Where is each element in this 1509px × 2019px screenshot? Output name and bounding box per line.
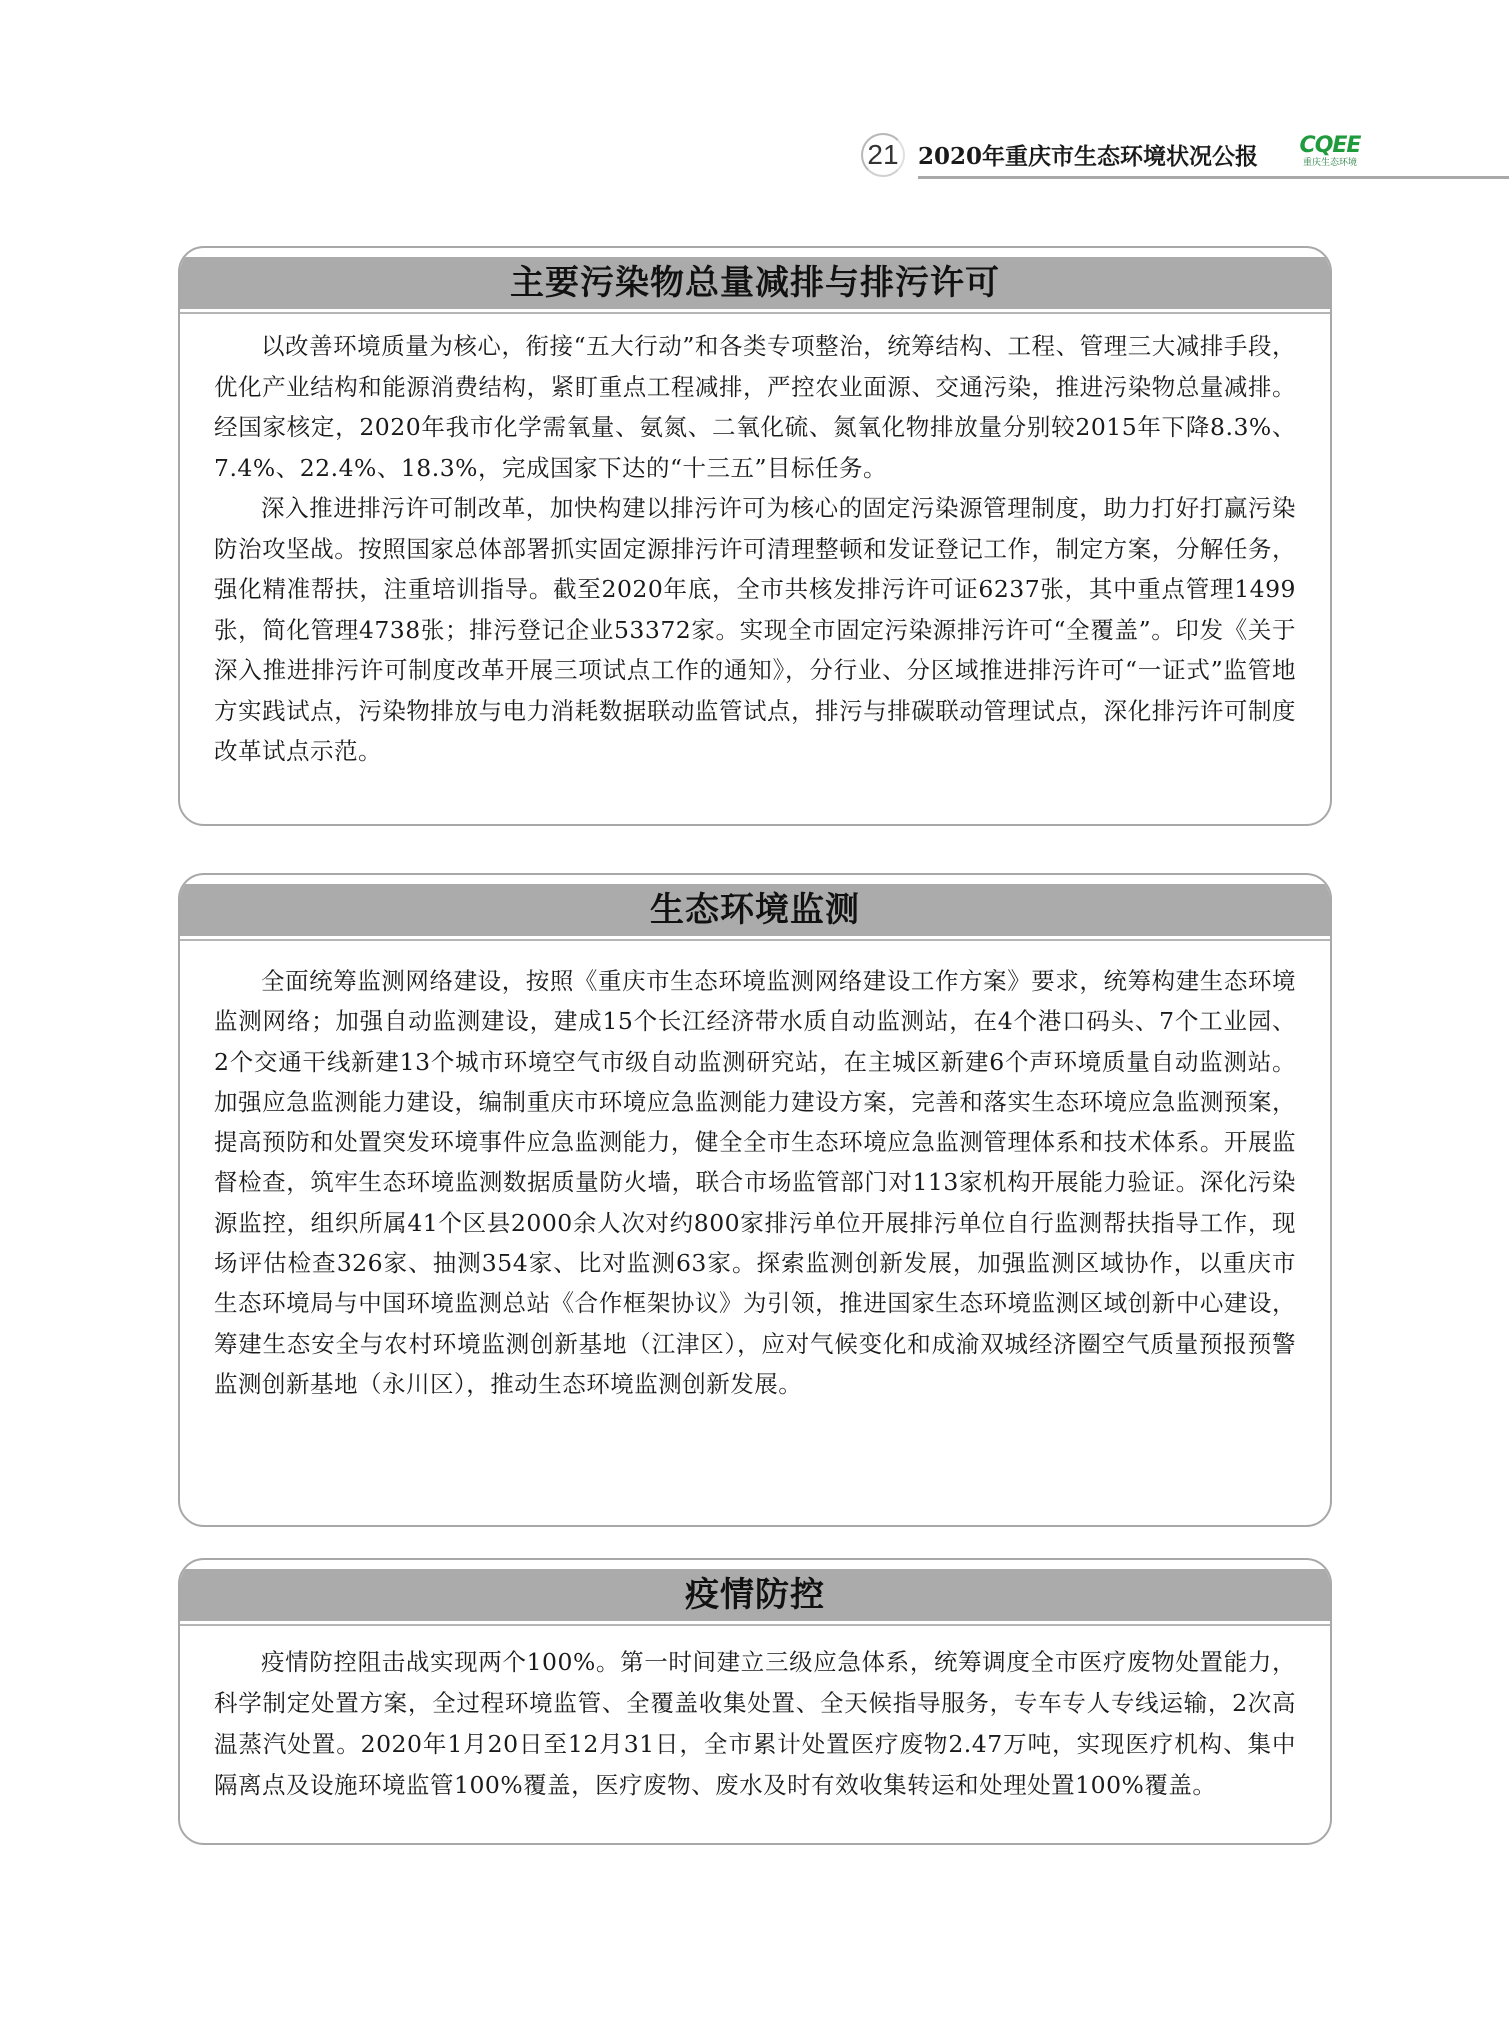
section-epidemic-control: 疫情防控 疫情防控阻击战实现两个100%。第一时间建立三级应急体系，统筹调度全市…	[178, 1558, 1332, 1845]
page-number: 21	[861, 133, 905, 177]
section-header: 疫情防控	[180, 1569, 1330, 1624]
page-header: 21 2020年重庆市生态环境状况公报 CQEE 重庆生态环境	[0, 0, 1509, 190]
section-eco-monitoring: 生态环境监测 全面统筹监测网络建设，按照《重庆市生态环境监测网络建设工作方案》要…	[178, 873, 1332, 1527]
section-emission-reduction: 主要污染物总量减排与排污许可 以改善环境质量为核心，衔接“五大行动”和各类专项整…	[178, 246, 1332, 826]
section-title: 主要污染物总量减排与排污许可	[510, 263, 1000, 303]
section-body: 全面统筹监测网络建设，按照《重庆市生态环境监测网络建设工作方案》要求，统筹构建生…	[180, 939, 1330, 1404]
logo-mark-icon: CQEE	[1290, 135, 1370, 157]
section-header: 生态环境监测	[180, 884, 1330, 939]
paragraph: 深入推进排污许可制改革，加快构建以排污许可为核心的固定污染源管理制度，助力打好打…	[214, 488, 1296, 772]
header-divider	[918, 176, 1509, 179]
section-body: 疫情防控阻击战实现两个100%。第一时间建立三级应急体系，统筹调度全市医疗废物处…	[180, 1624, 1330, 1806]
section-body: 以改善环境质量为核心，衔接“五大行动”和各类专项整治，统筹结构、工程、管理三大减…	[180, 312, 1330, 772]
paragraph: 全面统筹监测网络建设，按照《重庆市生态环境监测网络建设工作方案》要求，统筹构建生…	[214, 961, 1296, 1404]
logo-subtitle: 重庆生态环境	[1290, 157, 1370, 169]
publication-title: 2020年重庆市生态环境状况公报	[918, 138, 1258, 171]
section-title: 疫情防控	[685, 1575, 825, 1615]
paragraph: 疫情防控阻击战实现两个100%。第一时间建立三级应急体系，统筹调度全市医疗废物处…	[214, 1642, 1296, 1806]
section-header: 主要污染物总量减排与排污许可	[180, 257, 1330, 312]
section-title: 生态环境监测	[650, 890, 860, 930]
paragraph: 以改善环境质量为核心，衔接“五大行动”和各类专项整治，统筹结构、工程、管理三大减…	[214, 326, 1296, 488]
cqee-logo: CQEE 重庆生态环境	[1290, 135, 1370, 175]
